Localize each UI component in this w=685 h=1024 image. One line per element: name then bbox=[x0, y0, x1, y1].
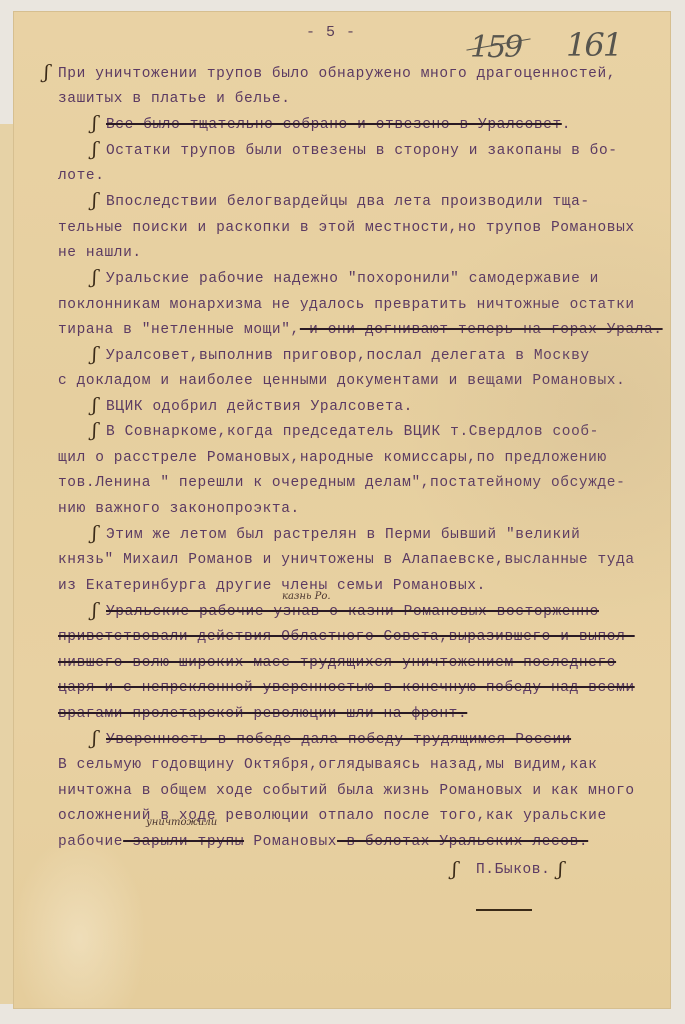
margin-mark-icon: ʃ bbox=[452, 858, 457, 880]
margin-mark-icon: ʃ bbox=[92, 266, 97, 288]
text-line: не нашли. bbox=[58, 245, 142, 261]
margin-mark-icon: ʃ bbox=[558, 858, 563, 880]
text-line: поклонникам монархизма не удалось превра… bbox=[58, 297, 635, 313]
text-line: Остатки трупов были отвезены в сторону и… bbox=[106, 143, 618, 159]
struck-text-line: царя и с непреклонной уверенностью в кон… bbox=[58, 680, 635, 696]
text-line: тов.Ленина " перешли к очередным делам",… bbox=[58, 475, 625, 491]
text-line: рабочие зарыли трупы Романовых в болотах… bbox=[58, 834, 588, 850]
margin-mark-icon: ʃ bbox=[92, 189, 97, 211]
margin-mark-icon: ʃ bbox=[92, 343, 97, 365]
struck-text-line: Уральские рабочие узнав о казни Романовы… bbox=[106, 604, 599, 620]
margin-mark-icon: ʃ bbox=[44, 61, 49, 83]
handwritten-note: казнь Ро. bbox=[282, 591, 331, 602]
text-line: осложнений в ходе революции отпало после… bbox=[58, 808, 607, 824]
text-line: зашитых в платье и белье. bbox=[58, 91, 291, 107]
margin-mark-icon: ʃ bbox=[92, 599, 97, 621]
struck-text-line: врагами пролетарской революции шли на фр… bbox=[58, 706, 467, 722]
handwritten-note: уничтожили bbox=[146, 817, 217, 828]
text-line: из Екатеринбурга другие члены семьи Рома… bbox=[58, 578, 486, 594]
margin-mark-icon: ʃ bbox=[92, 522, 97, 544]
struck-text-line: приветствовали действия Областного Совет… bbox=[58, 629, 635, 645]
margin-mark-icon: ʃ bbox=[92, 112, 97, 134]
text-line: Уральские рабочие надежно "похоронили" с… bbox=[106, 271, 599, 287]
text-line: тельные поиски и раскопки в этой местнос… bbox=[58, 220, 635, 236]
archive-number: 161 bbox=[566, 26, 621, 64]
text-line: ничтожна в общем ходе событий была жизнь… bbox=[58, 783, 635, 799]
struck-text-line: Все было тщательно собрано и отвезено в … bbox=[106, 117, 571, 133]
text-line: тирана в "нетленные мощи", и они догнива… bbox=[58, 322, 663, 338]
text-line: В сельмую годовщину Октября,оглядываясь … bbox=[58, 757, 597, 773]
text-line: Этим же летом был растрелян в Перми бывш… bbox=[106, 527, 580, 543]
document-page: - 5 - 159 161 ʃПри уничтожении трупов бы… bbox=[14, 12, 670, 1008]
struck-text-line: нившего волю широких масс трудящихся уни… bbox=[58, 655, 616, 671]
text-line: Уралсовет,выполнив приговор,послал делег… bbox=[106, 348, 590, 364]
margin-mark-icon: ʃ bbox=[92, 394, 97, 416]
signature: П.Быков. bbox=[476, 862, 550, 878]
text-line: лоте. bbox=[58, 168, 105, 184]
text-line: князь" Михаил Романов и уничтожены в Ала… bbox=[58, 552, 635, 568]
margin-mark-icon: ʃ bbox=[92, 138, 97, 160]
page-number: - 5 - bbox=[306, 24, 356, 41]
margin-mark-icon: ʃ bbox=[92, 419, 97, 441]
archive-number-crossed: 159 bbox=[470, 30, 521, 65]
text-line: При уничтожении трупов было обнаружено м… bbox=[58, 66, 616, 82]
text-line: с докладом и наиболее ценными документам… bbox=[58, 373, 625, 389]
signature-underline bbox=[476, 909, 532, 911]
text-line: В Совнаркоме,когда председатель ВЦИК т.С… bbox=[106, 424, 599, 440]
margin-mark-icon: ʃ bbox=[92, 727, 97, 749]
text-line: нию важного законопроэкта. bbox=[58, 501, 300, 517]
text-line: щил о расстреле Романовых,народные комис… bbox=[58, 450, 607, 466]
struck-text-line: Уверенность в победе дала победу трудящи… bbox=[106, 732, 571, 748]
text-line: Впоследствии белогвардейцы два лета прои… bbox=[106, 194, 590, 210]
text-line: ВЦИК одобрил действия Уралсовета. bbox=[106, 399, 413, 415]
